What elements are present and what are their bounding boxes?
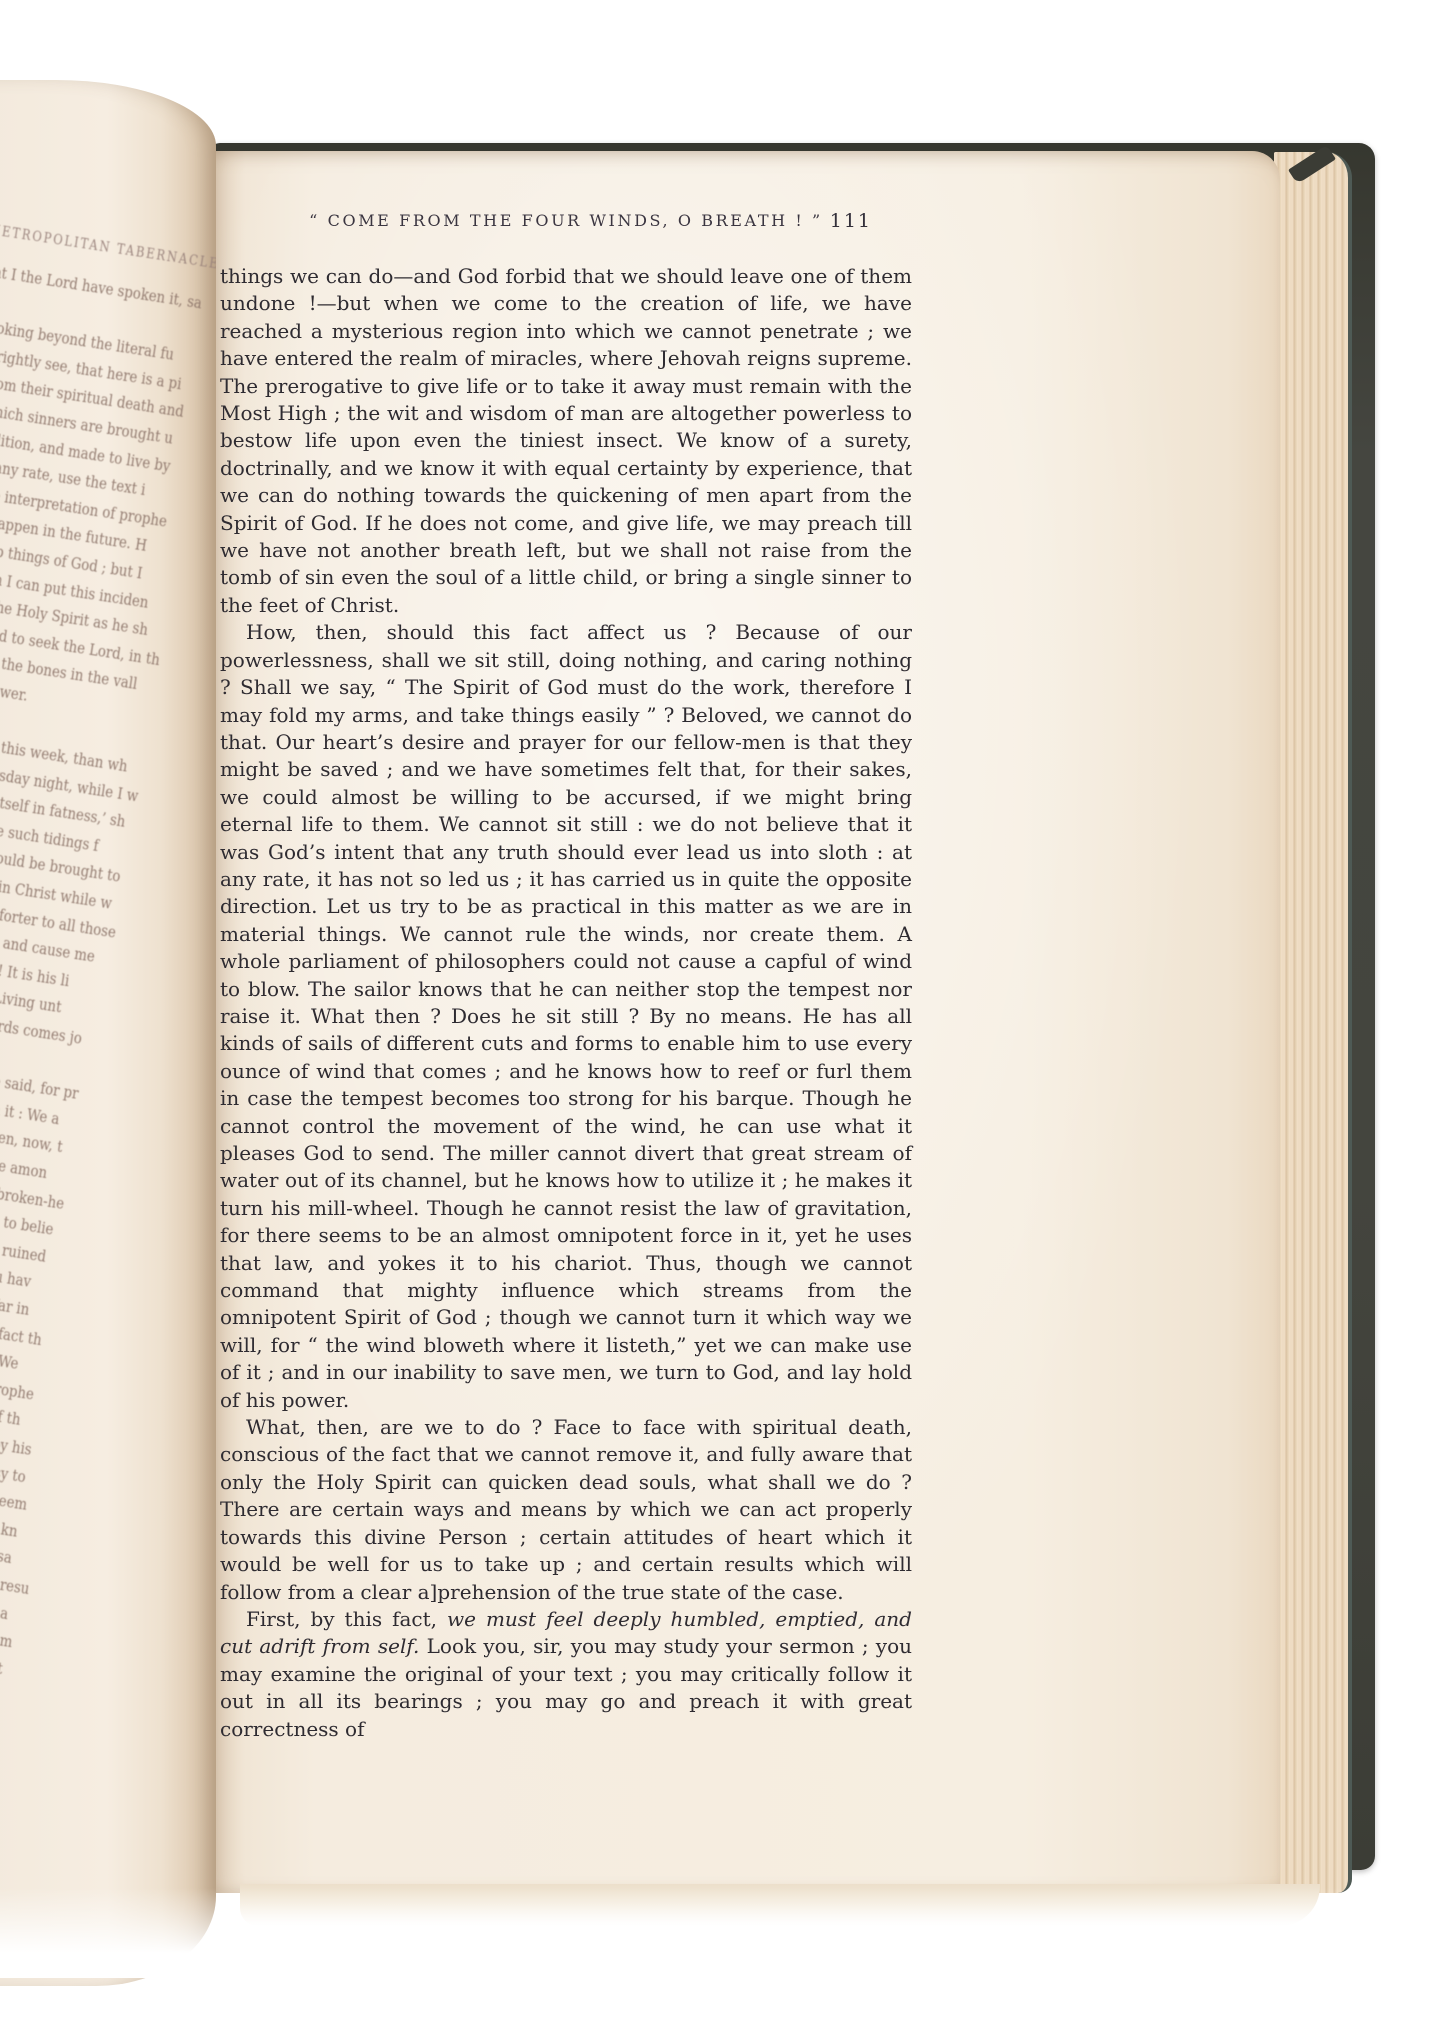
paragraph: things we can do—and God forbid that we … <box>220 263 912 619</box>
text-column: “ COME FROM THE FOUR WINDS, O BREATH ! ”… <box>220 211 912 1743</box>
open-book: METROPOLITAN TABERNACLE PULPIT. ow that … <box>0 0 1445 2023</box>
text-segment: things we can do—and God forbid that we … <box>220 264 912 617</box>
running-header: “ COME FROM THE FOUR WINDS, O BREATH ! ”… <box>220 211 912 237</box>
text-segment: First, by this fact, <box>246 1607 447 1631</box>
left-page-curled: METROPOLITAN TABERNACLE PULPIT. ow that … <box>0 80 216 1986</box>
photo-bottom-fade <box>0 1888 1445 1978</box>
left-page-text: METROPOLITAN TABERNACLE PULPIT. ow that … <box>0 218 216 1729</box>
running-header-title: “ COME FROM THE FOUR WINDS, O BREATH ! ” <box>309 211 823 230</box>
text-segment: What, then, are we to do ? Face to face … <box>220 1415 912 1603</box>
paragraph: First, by this fact, we must feel deeply… <box>220 1606 912 1743</box>
sermon-text: things we can do—and God forbid that we … <box>220 263 912 1743</box>
right-page-content: “ COME FROM THE FOUR WINDS, O BREATH ! ”… <box>208 151 1280 1743</box>
paragraph: How, then, should this fact affect us ? … <box>220 619 912 1414</box>
book-photograph: { "book": { "right_page": { "running_hea… <box>0 0 1445 2023</box>
paragraph: What, then, are we to do ? Face to face … <box>220 1414 912 1606</box>
text-segment: How, then, should this fact affect us ? … <box>220 620 912 1411</box>
page-number: 111 <box>830 210 872 232</box>
fore-edge-page-stack <box>1274 152 1352 1893</box>
left-page-lines: ow that I the Lord have spoken it, sawho… <box>0 254 216 1729</box>
